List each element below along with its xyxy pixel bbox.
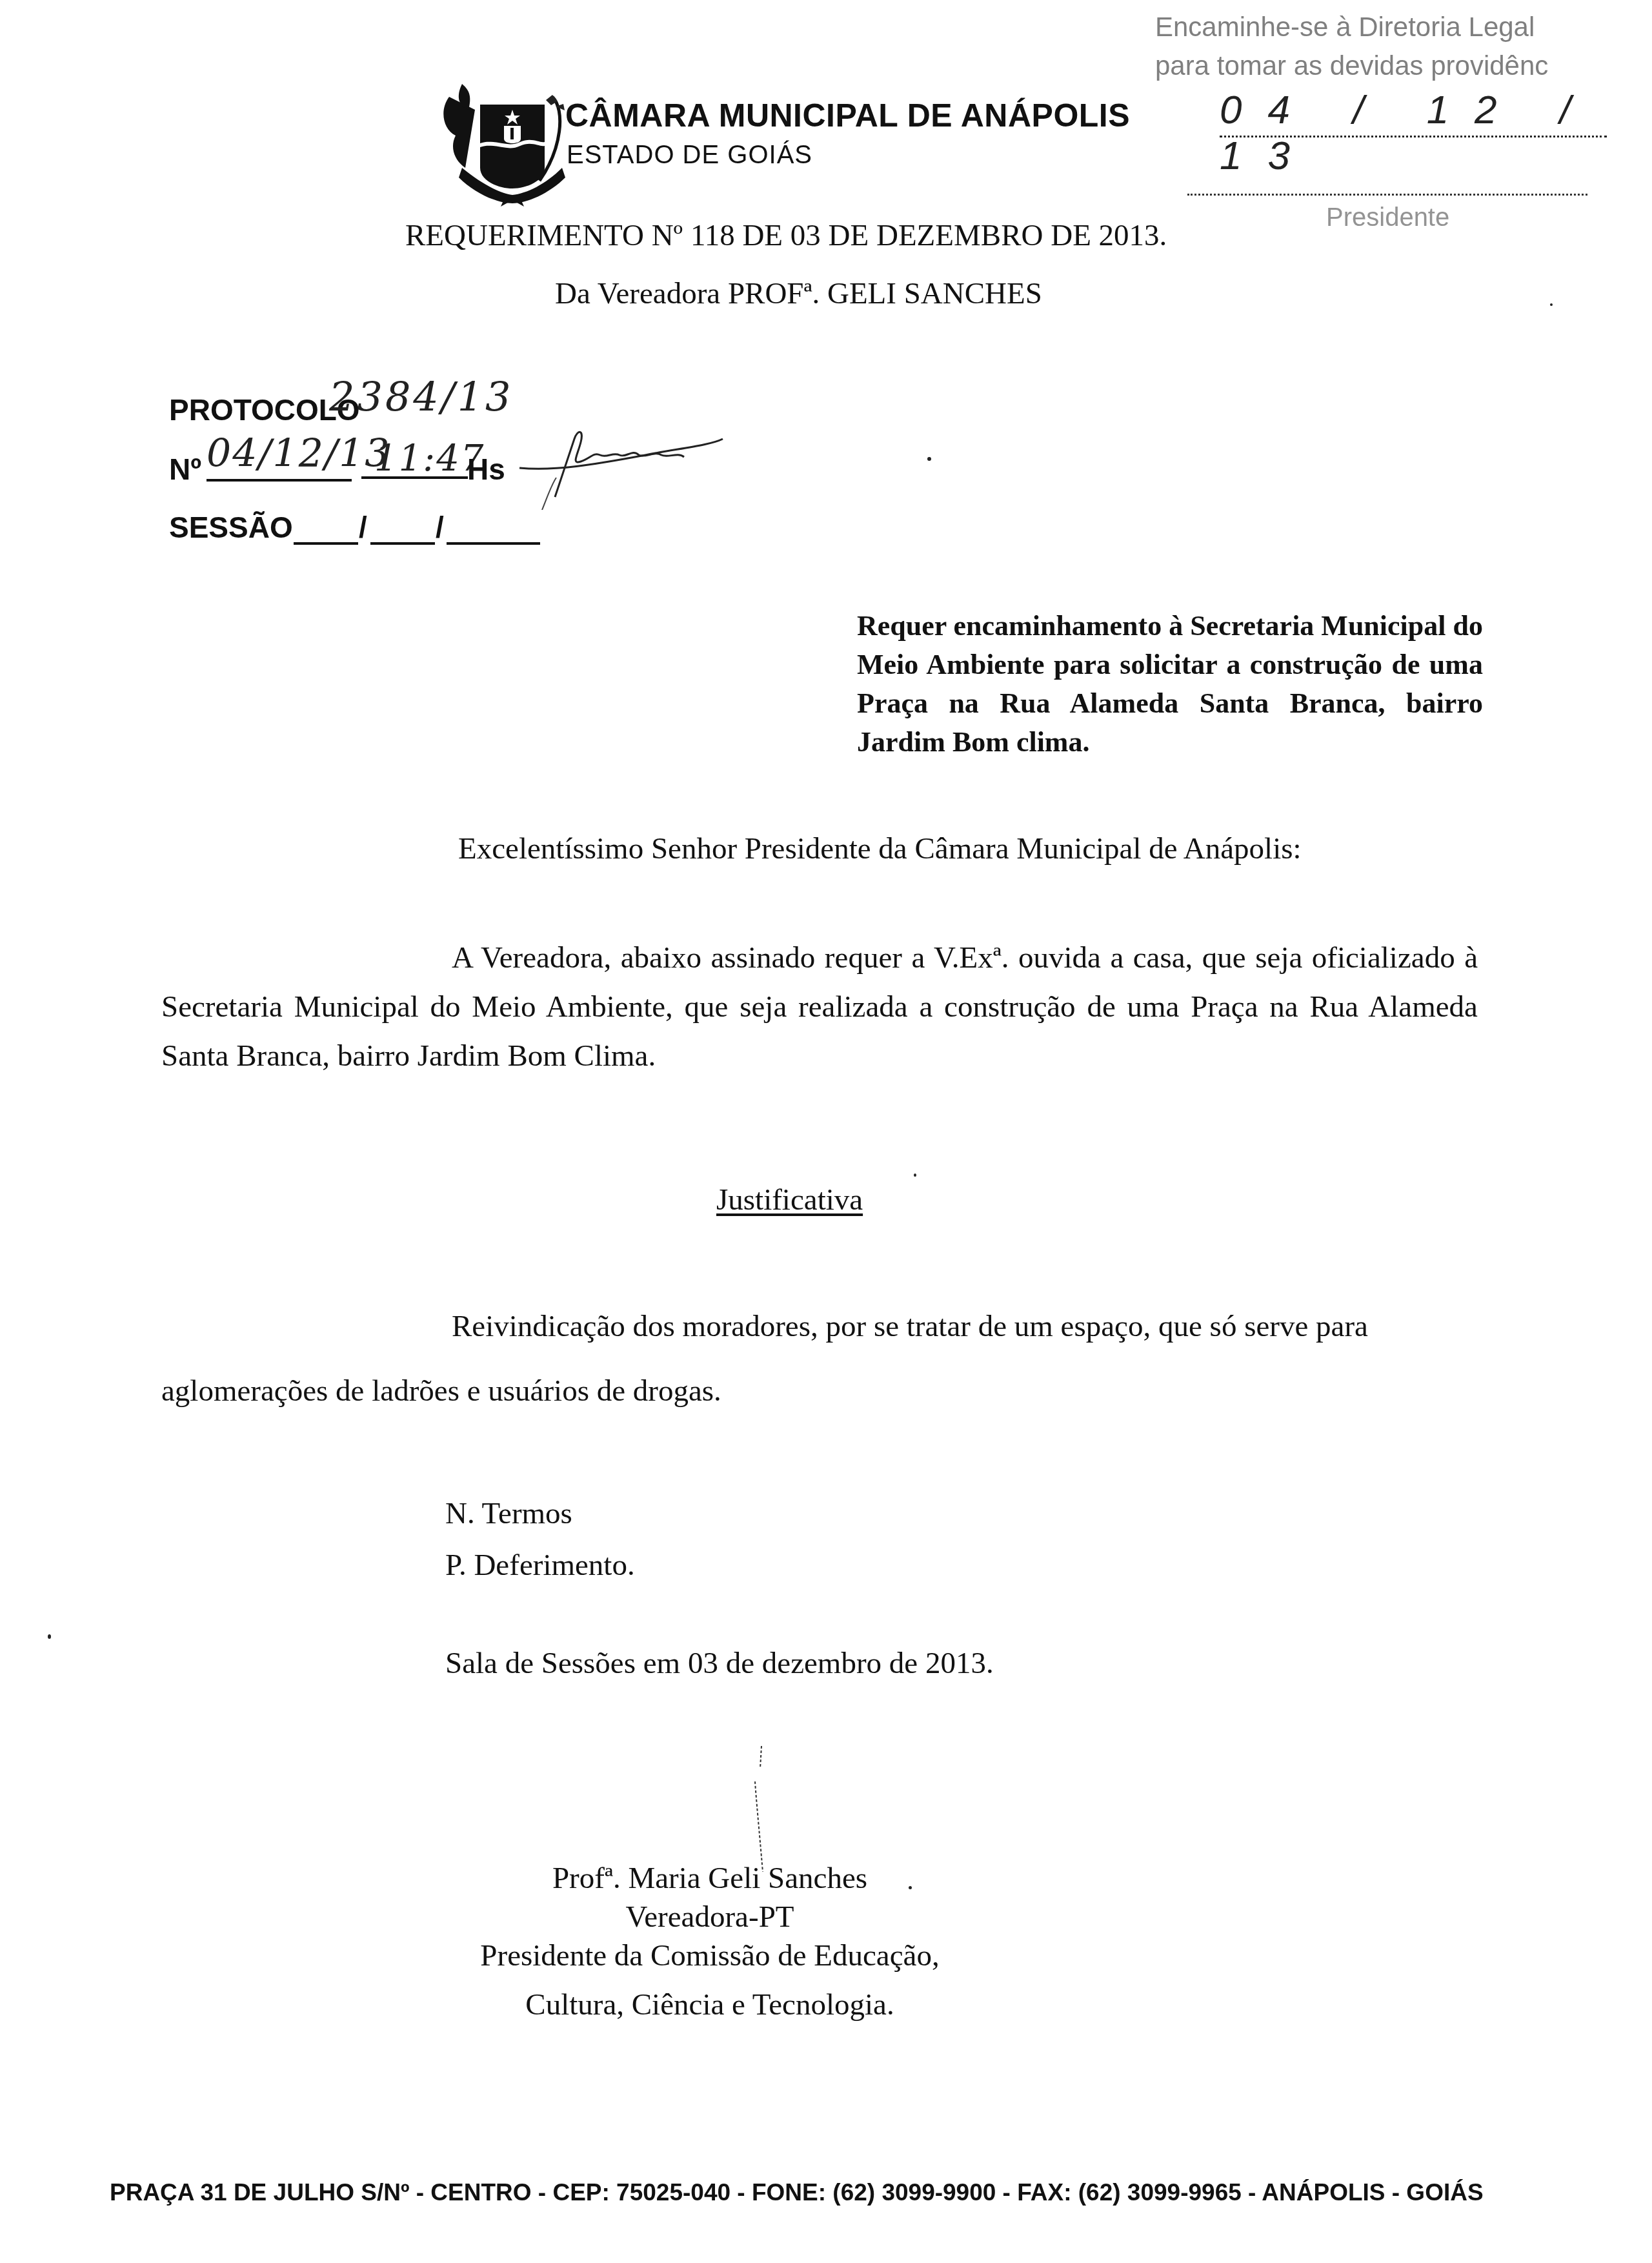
session-day-blank <box>294 540 358 545</box>
scan-speck <box>909 1886 912 1889</box>
signer-committee-line1: Presidente da Comissão de Educação, <box>387 1936 1032 1975</box>
session-separator: / <box>436 510 444 545</box>
request-paragraph: A Vereadora, abaixo assinado requer a V.… <box>161 933 1478 1081</box>
scan-speck <box>927 457 931 461</box>
dispatch-stamp-role: Presidente <box>1326 203 1449 232</box>
hours-label: Hs <box>467 452 505 487</box>
closing-terms: N. Termos <box>445 1496 572 1531</box>
signature-block: Profª. Maria Geli Sanches Vereadora-PT P… <box>387 1859 1032 2024</box>
receiver-signature-icon <box>516 420 729 510</box>
document-title: REQUERIMENTO Nº 118 DE 03 DE DEZEMBRO DE… <box>405 218 1167 253</box>
coat-of-arms-icon <box>436 71 576 207</box>
dispatch-signature-line <box>1187 194 1587 196</box>
number-label: Nº <box>169 452 201 487</box>
dispatch-stamp-date: 04 / 12 / 13 <box>1220 87 1607 137</box>
session-separator: / <box>359 510 367 545</box>
protocol-time-handwritten: 11:47 <box>361 438 468 479</box>
organization-state: ESTADO DE GOIÁS <box>567 141 812 170</box>
dispatch-stamp-line2: para tomar as devidas providênc <box>1155 50 1548 81</box>
dispatch-stamp-line1: Encaminhe-se à Diretoria Legal <box>1155 12 1535 43</box>
scan-speck <box>48 1634 51 1639</box>
signer-role: Vereadora-PT <box>387 1898 1032 1936</box>
protocol-date-handwritten: 04/12/13 <box>206 431 352 482</box>
place-and-date: Sala de Sessões em 03 de dezembro de 201… <box>445 1646 994 1681</box>
signer-committee-line2: Cultura, Ciência e Tecnologia. <box>387 1985 1032 2024</box>
session-label: SESSÃO <box>169 510 293 545</box>
justification-paragraph: Reivindicação dos moradores, por se trat… <box>161 1294 1478 1423</box>
session-month-blank <box>370 540 435 545</box>
session-year-blank <box>447 540 540 545</box>
document-author: Da Vereadora PROFª. GELI SANCHES <box>555 276 1042 311</box>
signer-name: Profª. Maria Geli Sanches <box>387 1859 1032 1898</box>
organization-name: CÂMARA MUNICIPAL DE ANÁPOLIS <box>565 97 1130 134</box>
salutation: Excelentíssimo Senhor Presidente da Câma… <box>458 831 1302 866</box>
scan-speck <box>1550 303 1553 306</box>
closing-deferment: P. Deferimento. <box>445 1548 635 1583</box>
scan-speck <box>914 1173 916 1177</box>
footer-address: PRAÇA 31 DE JULHO S/Nº - CENTRO - CEP: 7… <box>110 2179 1542 2206</box>
protocol-number-handwritten: 2384/13 <box>329 373 514 420</box>
request-summary: Requer encaminhamento à Secretaria Munic… <box>857 607 1483 762</box>
justification-heading: Justificativa <box>716 1182 863 1217</box>
